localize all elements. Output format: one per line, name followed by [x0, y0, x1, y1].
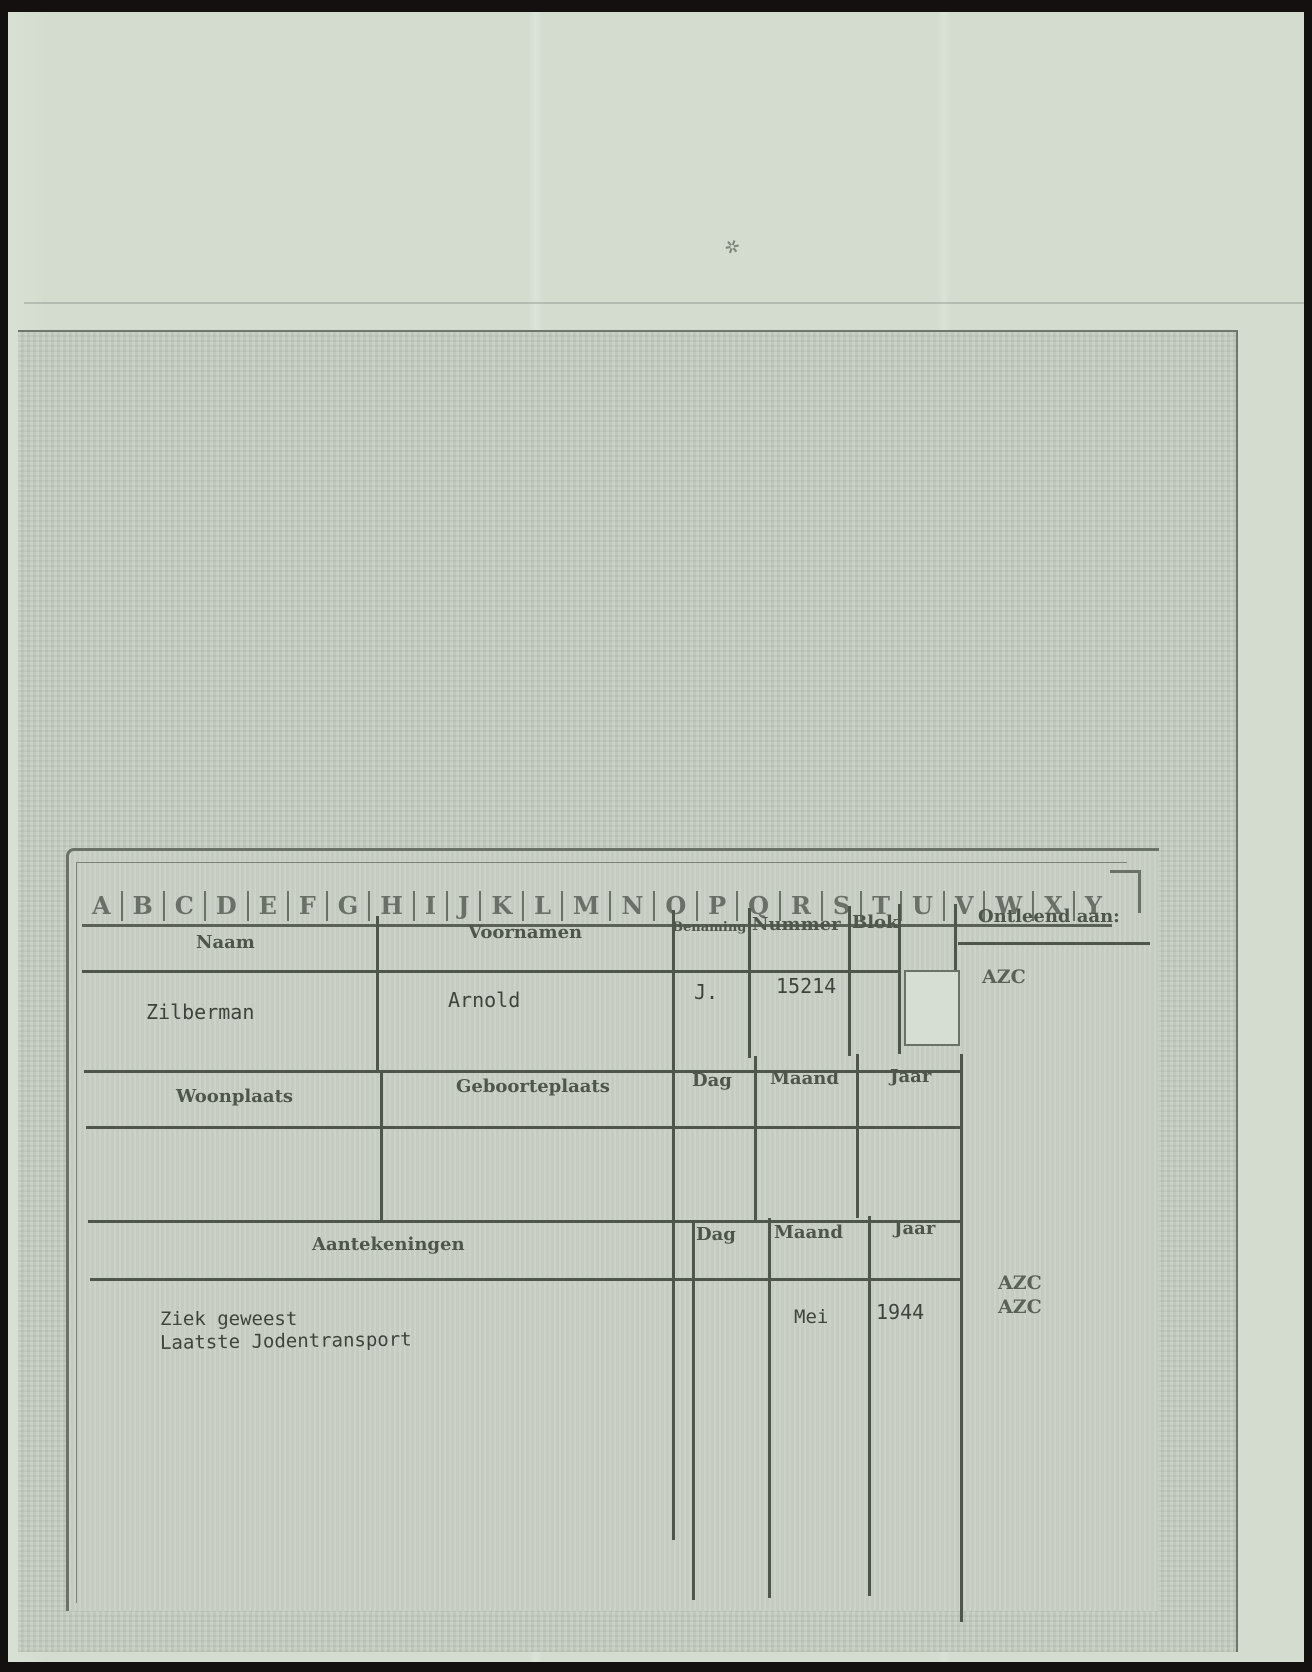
value-nummer: 15214 [776, 974, 836, 998]
rule-line [376, 916, 379, 1070]
index-letter: E [249, 891, 289, 921]
header-aantekeningen: Aantekeningen [312, 1234, 465, 1255]
index-letter: O [655, 891, 698, 921]
header-naam: Naam [196, 932, 255, 953]
header-geboorte-maand: Maand [770, 1068, 839, 1089]
rule-line [672, 910, 675, 1540]
aantekening-source: AZC [998, 1272, 1042, 1294]
rule-line [692, 1220, 695, 1600]
index-letter: A [82, 891, 123, 921]
rule-line [856, 1054, 859, 1218]
value-benaming: J. [694, 980, 718, 1004]
index-letter: U [902, 891, 945, 921]
rule-line [90, 1278, 962, 1281]
ink-mark: ✲ [722, 237, 747, 261]
header-ontleend-aan: Ontleend aan: [978, 906, 1120, 927]
value-voornamen: Arnold [448, 988, 520, 1012]
alphabet-index-strip: A B C D E F G H I J K L M N O P Q R S T … [82, 888, 1112, 927]
ontleend-aan-entry: AZC [982, 966, 1026, 988]
aantekening-source: AZC [998, 1296, 1042, 1318]
header-geboorte-jaar: Jaar [890, 1066, 931, 1087]
rule-line [86, 1126, 960, 1129]
rule-line [848, 906, 851, 1056]
fold-line [24, 302, 1304, 304]
card-inner-border [76, 862, 1127, 1603]
header-benaming: Benaming [672, 920, 746, 935]
index-letter: M [563, 891, 612, 921]
index-letter: L [524, 891, 563, 921]
header-aantekening-jaar: Jaar [894, 1218, 935, 1239]
value-naam: Zilberman [146, 1000, 254, 1024]
rule-line [82, 970, 900, 973]
rule-line [768, 1218, 771, 1598]
header-voornamen: Voornamen [468, 922, 582, 943]
header-aantekening-maand: Maand [774, 1222, 843, 1243]
index-letter: J [448, 891, 481, 921]
header-geboorteplaats: Geboorteplaats [456, 1076, 610, 1097]
aantekening-maand: Mei [794, 1306, 828, 1328]
index-letter: I [415, 891, 448, 921]
header-geboorte-dag: Dag [692, 1070, 732, 1091]
header-aantekening-dag: Dag [696, 1224, 736, 1245]
aantekening-line: Ziek geweest [160, 1308, 297, 1330]
rule-line [754, 1056, 757, 1220]
rule-line [958, 942, 1150, 945]
index-letter: N [611, 891, 655, 921]
index-letter: C [165, 891, 206, 921]
index-letter: P [698, 891, 738, 921]
photo-slot [904, 970, 960, 1046]
index-letter: G [328, 891, 370, 921]
index-letter: D [206, 891, 249, 921]
rule-line [960, 1054, 963, 1622]
rule-line [748, 908, 751, 1058]
index-letter: B [123, 891, 165, 921]
header-blok: Blok [852, 912, 899, 933]
index-letter: K [481, 891, 524, 921]
rule-line [380, 1070, 383, 1222]
rule-line [868, 1216, 871, 1596]
aantekening-line: Laatste Jodentransport [160, 1328, 412, 1354]
header-nummer: Nummer [752, 914, 841, 935]
aantekening-jaar: 1944 [876, 1300, 924, 1324]
index-letter: F [289, 891, 328, 921]
header-woonplaats: Woonplaats [176, 1086, 293, 1107]
